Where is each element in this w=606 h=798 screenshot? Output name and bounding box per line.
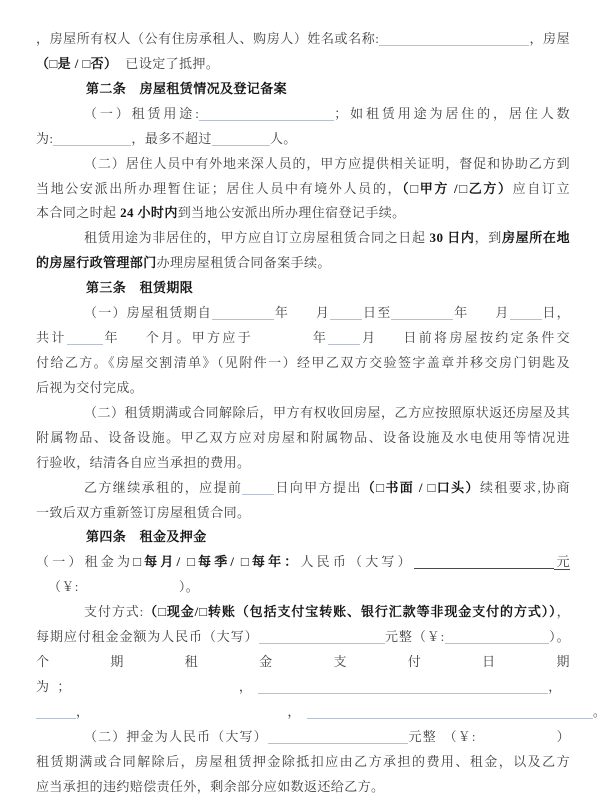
text-segment: （￥: — [443, 729, 476, 744]
text-segment: 个月。甲方应于 — [144, 330, 253, 345]
bold-text-segment: 30 日内 — [430, 230, 475, 245]
text-segment: 租 — [185, 650, 198, 675]
line-nonlocal-3: 本合同之时起 24 小时内到当地公安派出所办理住宿登记手续。 — [36, 201, 570, 226]
bold-text-segment: 第四条 租金及押金 — [86, 529, 207, 544]
text-segment: 附属物品、设备设施。甲乙双方应对房屋和附属物品、设备设施及水电使用等情况进 — [36, 430, 570, 445]
clause-heading-2: 第二条 房屋租赁情况及登记备案 — [36, 77, 570, 102]
text-segment: 当地公安派出所办理暂住证；居住人员中有境外人员的， — [36, 181, 402, 196]
text-segment: 一致后双方重新签订房屋租赁合同。 — [36, 505, 250, 520]
text-segment: 共计 — [36, 330, 67, 345]
text-segment: 每期应付租金金额为人民币（大写） — [36, 629, 259, 644]
fill-in-blank — [268, 729, 408, 744]
text-segment: 元整 — [408, 729, 437, 744]
text-segment: 办理房屋租赁合同备案手续。 — [157, 255, 331, 270]
text-segment: 本合同之时起 — [36, 205, 120, 220]
line-owner-name: ，房屋所有权人（公有住房承租人、购房人）姓名或名称:，房屋 — [36, 27, 570, 52]
text-segment: 日向甲方提出 — [274, 480, 361, 495]
text-segment: ； — [57, 679, 70, 694]
line-lease-term-4: 后视为交付完成。 — [36, 376, 570, 401]
fill-in-blank — [212, 131, 270, 146]
fill-in-blank — [445, 629, 549, 644]
line-rental-purpose: （一）租赁用途:；如租赁用途为居住的，居住人数 — [36, 102, 570, 127]
text-segment: 续租要求,协商 — [480, 480, 570, 495]
line-payment-dates-spread: 个期租金支付日期 — [36, 650, 570, 675]
text-segment: ，到 — [475, 230, 502, 245]
text-segment: 日至 — [362, 305, 391, 320]
line-rent-amount-1: （一）租金为□每月/ □每季/ □每年：人民币（大写）元 — [36, 550, 570, 575]
line-occupants-count: 为:，最多不超过人。 — [36, 127, 570, 152]
text-segment: ）。 — [179, 579, 199, 594]
fill-in-blank — [259, 629, 385, 644]
text-segment: 租赁用途为非居住的，甲方应自订立房屋租赁合同之日起 — [84, 230, 430, 245]
spacer — [79, 590, 179, 591]
fill-in-blank — [330, 305, 362, 320]
fill-in-blank — [258, 679, 548, 694]
spacer — [289, 316, 315, 317]
bold-text-segment: （□是 / □否） — [36, 56, 117, 71]
fill-in-blank — [212, 305, 274, 320]
text-segment: 租赁期满或合同解除后，房屋租赁押金除抵扣应由乙方承担的费用、租金，以及乙方 — [36, 754, 570, 769]
line-lease-term-2: 共计年个月。甲方应于年月日前将房屋按约定条件交 — [36, 326, 570, 351]
line-return-3: 行验收，结清各自应当承担的费用。 — [36, 451, 570, 476]
text-segment: （二）居住人员中有外地来深人员的，甲方应提供相关证明，督促和协助乙方到 — [84, 156, 570, 171]
line-rent-per-period: 每期应付租金金额为人民币（大写）元整（￥:）。 — [36, 625, 570, 650]
fill-in-blank — [307, 704, 593, 719]
line-nonlocal-2: 当地公安派出所办理暂住证；居住人员中有境外人员的，（□甲方 /□乙方）应自订立 — [36, 177, 570, 202]
contract-page: ，房屋所有权人（公有住房承租人、购房人）姓名或名称:，房屋（□是 / □否）已设… — [0, 0, 606, 798]
bold-text-segment: （□书面 / □口头） — [362, 480, 480, 495]
fill-in-blank — [510, 305, 542, 320]
text-segment: ，房屋所有权人（公有住房承租人、购房人）姓名或名称: — [36, 31, 379, 46]
spacer — [377, 341, 401, 342]
text-segment: 年 — [453, 305, 468, 320]
spacer — [71, 690, 239, 691]
line-nonlocal-1: （二）居住人员中有外地来深人员的，甲方应提供相关证明，督促和协助乙方到 — [36, 152, 570, 177]
fill-in-blank — [328, 330, 360, 345]
line-payment-dates-1: 为；，， — [36, 675, 570, 700]
line-deposit-2: 租赁期满或合同解除后，房屋租赁押金除抵扣应由乙方承担的费用、租金，以及乙方 — [36, 750, 570, 775]
text-segment: （￥: — [48, 579, 79, 594]
fill-in-blank — [379, 31, 529, 46]
text-segment: （二）租赁期满或合同解除后，甲方有权收回房屋，乙方应按照原状返还房屋及其 — [84, 405, 570, 420]
fill-in-blank — [53, 131, 131, 146]
line-nonresidential-1: 租赁用途为非居住的，甲方应自订立房屋租赁合同之日起 30 日内，到房屋所在地 — [36, 226, 570, 251]
spacer — [469, 316, 495, 317]
bold-text-segment: 第三条 租赁期限 — [86, 280, 193, 295]
fill-in-blank — [391, 305, 453, 320]
text-segment: ，房屋 — [529, 31, 570, 46]
text-segment: 人。 — [270, 131, 297, 146]
text-segment: 日， — [542, 305, 570, 320]
text-segment: 行验收，结清各自应当承担的费用。 — [36, 455, 250, 470]
text-segment: 日前将房屋按约定条件交 — [401, 330, 569, 345]
line-lease-term-3: 付给乙方。《房屋交割清单》（见附件一）经甲乙双方交验签字盖章并移交房门钥匙及 — [36, 351, 570, 376]
text-segment: 月 — [495, 305, 510, 320]
text-segment: 年 — [274, 305, 289, 320]
text-segment: （一）房屋租赁期自 — [84, 305, 212, 320]
text-segment: 支 — [333, 650, 346, 675]
text-segment: 已设定了抵押。 — [125, 56, 219, 71]
fill-in-blank — [36, 704, 76, 719]
bold-text-segment: 第二条 房屋租赁情况及登记备案 — [86, 81, 287, 96]
text-segment: 期 — [110, 650, 123, 675]
clause-heading-4: 第四条 租金及押金 — [36, 525, 570, 550]
text-segment: （一）租金为 — [36, 554, 133, 569]
text-segment: 支付方式: — [84, 604, 144, 619]
text-segment: ， — [557, 604, 570, 619]
line-renewal-1: 乙方继续承租的，应提前日向甲方提出（□书面 / □口头）续租要求,协商 — [36, 476, 570, 501]
spacer — [89, 715, 287, 716]
line-return-1: （二）租赁期满或合同解除后，甲方有权收回房屋，乙方应按照原状返还房屋及其 — [36, 401, 570, 426]
text-segment: 期 — [557, 650, 570, 675]
text-segment: 金 — [259, 650, 272, 675]
spacer — [253, 341, 311, 342]
text-segment: 年 — [311, 330, 328, 345]
line-mortgage-checkbox: （□是 / □否）已设定了抵押。 — [36, 52, 570, 77]
text-segment: ， — [287, 704, 300, 719]
bold-text-segment: 的房屋行政管理部门 — [36, 255, 157, 270]
spacer — [120, 341, 144, 342]
bold-text-segment: 房屋所在地 — [502, 230, 570, 245]
line-payment-method: 支付方式:（□现金/□转账（包括支付宝转账、银行汇款等非现金支付的方式））， — [36, 600, 570, 625]
fill-in-blank — [242, 480, 274, 495]
text-segment: ， — [239, 679, 252, 694]
bold-text-segment: 24 小时内 — [120, 205, 178, 220]
line-deposit-1: （二）押金为人民币（大写）元整（￥:） — [36, 725, 570, 750]
text-segment: ） — [556, 729, 570, 744]
bold-text-segment: （□甲方 /□乙方） — [402, 181, 513, 196]
text-segment: ， — [548, 679, 561, 694]
text-segment: 付 — [408, 650, 421, 675]
text-segment: 日 — [482, 650, 495, 675]
text-segment: 到当地公安派出所办理住宿登记手续。 — [178, 205, 406, 220]
text-segment: 为: — [36, 131, 53, 146]
line-deposit-3: 应当承担的违约赔偿责任外，剩余部分应如数返还给乙方。 — [36, 775, 570, 798]
clause-heading-3: 第三条 租赁期限 — [36, 276, 570, 301]
fill-in-blank — [199, 106, 334, 121]
line-lease-term-1: （一）房屋租赁期自年月日至年月日， — [36, 301, 570, 326]
fill-in-blank — [67, 330, 103, 345]
text-segment: 付给乙方。《房屋交割清单》（见附件一）经甲乙双方交验签字盖章并移交房门钥匙及 — [36, 355, 570, 370]
line-nonresidential-2: 的房屋行政管理部门办理房屋租赁合同备案手续。 — [36, 251, 570, 276]
line-renewal-2: 一致后双方重新签订房屋租赁合同。 — [36, 501, 570, 526]
text-segment: 应当承担的违约赔偿责任外，剩余部分应如数返还给乙方。 — [36, 779, 384, 794]
bold-text-segment: （□现金/□转账（包括支付宝转账、银行汇款等非现金支付的方式）） — [144, 604, 557, 619]
line-payment-dates-2: ，，。 — [36, 700, 570, 725]
text-segment: （二）押金为人民币（大写） — [84, 729, 268, 744]
text-segment: （一）租赁用途: — [84, 106, 199, 121]
text-segment: ，最多不超过 — [131, 131, 211, 146]
fill-in-blank — [414, 554, 554, 569]
text-segment: 月 — [360, 330, 377, 345]
text-segment: ， — [76, 704, 89, 719]
text-segment: ）。 — [549, 629, 570, 644]
line-return-2: 附属物品、设备设施。甲乙双方应对房屋和附属物品、设备设施及水电使用等情况进 — [36, 426, 570, 451]
text-segment: 年 — [103, 330, 120, 345]
text-segment: 应自订立 — [513, 181, 570, 196]
spacer — [476, 740, 556, 741]
text-segment: 元 — [554, 554, 570, 570]
text-segment: 人民币（大写） — [300, 554, 413, 569]
text-segment: ；如租赁用途为居住的，居住人数 — [334, 106, 570, 121]
text-segment: 。 — [593, 704, 606, 719]
text-segment: 个 — [36, 650, 49, 675]
bold-text-segment: □每月/ □每季/ □每年： — [133, 554, 300, 569]
text-segment: 后视为交付完成。 — [36, 380, 143, 395]
text-segment: 月 — [315, 305, 330, 320]
text-segment: 元整（￥: — [385, 629, 445, 644]
text-segment: 为 — [36, 679, 49, 694]
line-rent-amount-2: （￥:）。 — [36, 575, 570, 600]
text-segment: 乙方继续承租的，应提前 — [84, 480, 242, 495]
